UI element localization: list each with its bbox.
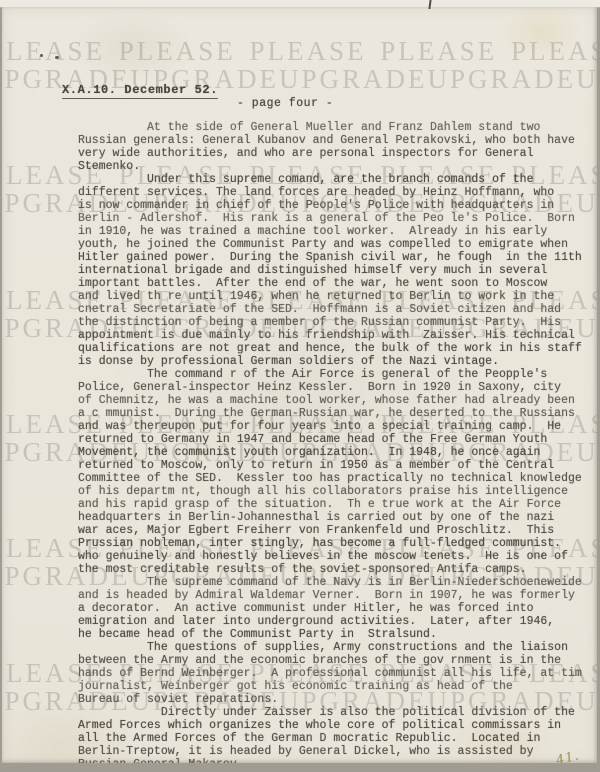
typed-line: who genuinely and honestly believes in t…: [78, 550, 582, 563]
typed-line: Armed Forces which organizes the whole c…: [78, 719, 582, 732]
typed-line: the distinction of being a member of the…: [78, 316, 582, 329]
typed-line: different services. The land forces are …: [78, 186, 582, 199]
typed-line: and his rapid grasp of the situation. Th…: [78, 498, 582, 511]
typed-line: emigration and later into underground ac…: [78, 615, 582, 628]
typed-line: Movement, the communist youth organizati…: [78, 446, 582, 459]
typed-line: Berlin-Treptow, it is headed by General …: [78, 745, 582, 758]
typed-line: international brigade and distinguished …: [78, 264, 582, 277]
typed-line: Berlin - Adlershof. His rank is a genera…: [78, 212, 582, 225]
watermark-text: UPGRADE: [576, 66, 597, 93]
typed-line: war aces, Major Egbert Freiherr von Fran…: [78, 524, 582, 537]
scan-artifact-speck: [55, 56, 59, 59]
watermark-text: PLEASE: [380, 38, 497, 65]
typed-line: is now commander in chief of the People'…: [78, 199, 582, 212]
typed-line: qualifications are not great and hence, …: [78, 342, 582, 355]
typed-line: headquarters in Berlin-Johannesthal is c…: [78, 511, 582, 524]
typed-line: and is headed by Admiral Waldemar Verner…: [78, 589, 582, 602]
page-heading: - page four -: [237, 97, 333, 110]
typed-line: appointment is due mainly to his friends…: [78, 329, 582, 342]
typed-line: and was thereupon put for four years int…: [78, 420, 582, 433]
typed-line: Hitler gained power. During the Spanish …: [78, 251, 582, 264]
typed-line: important battles. After the end of the …: [78, 277, 582, 290]
typed-line: the most creditable results of the sovie…: [78, 563, 582, 576]
typed-line: youth, he joined the Communist Party and…: [78, 238, 582, 251]
typed-line: of Chemnitz, he was a machine tool worke…: [78, 394, 582, 407]
typed-line: Bureau of soviet reparations.: [78, 693, 582, 706]
typed-line: Prussian nobleman, inter stingly, has be…: [78, 537, 582, 550]
typed-line: The questions of supplies, Army construc…: [78, 641, 582, 654]
typed-line: returned to Moscow, only to return in 19…: [78, 459, 582, 472]
typed-line: Stemenko.: [78, 160, 582, 173]
document-reference-date: X.A.10. December 52.: [62, 83, 218, 99]
typed-line: in 1910, he was trained a machine tool w…: [78, 225, 582, 238]
typed-line: Directly under Zaisser is also the polit…: [78, 706, 582, 719]
typed-line: all the Armed Forces of the German D moc…: [78, 732, 582, 745]
typed-text-body: At the side of General Mueller and Franz…: [78, 121, 582, 763]
typed-line: The supreme command of the Navy is in Be…: [78, 576, 582, 589]
typed-line: Police, General-inspector Heinz Kessler.…: [78, 381, 582, 394]
typed-line: At the side of General Mueller and Franz…: [78, 121, 582, 134]
watermark-text: UPGRADE: [279, 66, 428, 93]
typed-line: Russian General Makarov.: [78, 758, 582, 763]
typed-line: Under this supreme comand, are the branc…: [78, 173, 582, 186]
typed-line: between the Army and the economic branch…: [78, 654, 582, 667]
typed-line: is donse by professional German soldiers…: [78, 355, 582, 368]
typed-line: The command r of the Air Force is genera…: [78, 368, 582, 381]
watermark-text: PLEASE: [249, 38, 366, 65]
typed-line: returned to Germany in 1947 and became h…: [78, 433, 582, 446]
watermark-text: PLEASE: [119, 38, 236, 65]
typed-line: a c mmunist. During the German-Russian w…: [78, 407, 582, 420]
typed-line: journalist, Weinberger got his economic …: [78, 680, 582, 693]
watermark-text: PLEASE: [2, 38, 105, 65]
document-page: PLEASEPLEASEPLEASEPLEASEPLEASEUPGRADEUPG…: [2, 7, 597, 763]
typed-line: of his departm nt, though all his collab…: [78, 485, 582, 498]
typed-line: hands of Bernd Weinberger. A professiona…: [78, 667, 582, 680]
typed-line: Committee of the SED. Kessler too has pr…: [78, 472, 582, 485]
typed-line: very wide authorities, and who are perso…: [78, 147, 582, 160]
typed-line: and lived th re until 1946, when he retu…: [78, 290, 582, 303]
typed-line: a decorator. An active communist under H…: [78, 602, 582, 615]
typed-line: cnetral Secretariate of the SED. Hoffman…: [78, 303, 582, 316]
typed-line: Russian generals: General Kubanov and Ge…: [78, 134, 582, 147]
watermark-text: PLEASE: [511, 38, 597, 65]
scanned-document: PLEASEPLEASEPLEASEPLEASEPLEASEUPGRADEUPG…: [0, 0, 600, 772]
scan-artifact-speck: [40, 54, 43, 57]
typed-line: he became head of the Communist Party in…: [78, 628, 582, 641]
watermark-text: UPGRADE: [428, 66, 577, 93]
